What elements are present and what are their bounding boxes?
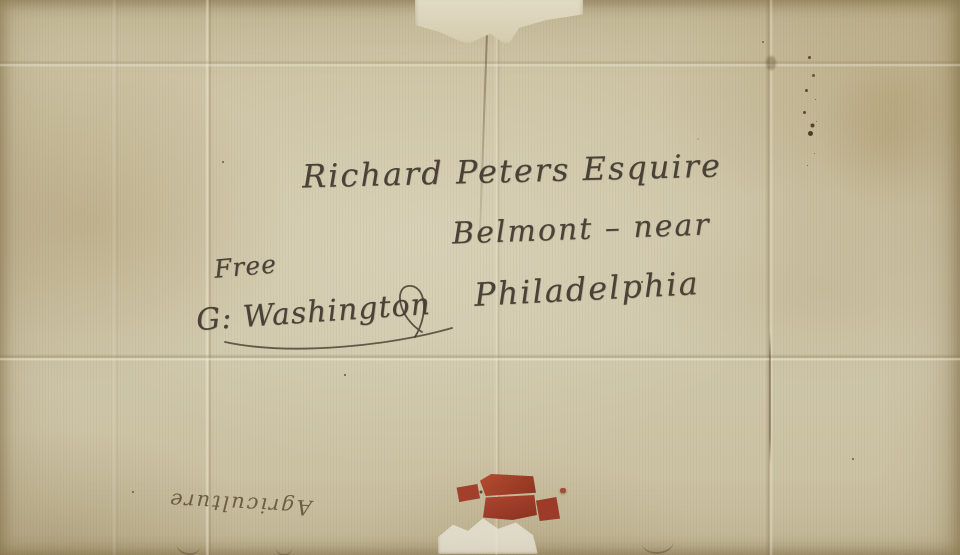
docket-note-inverted: Agriculture bbox=[167, 488, 312, 519]
wax-seal-fragment bbox=[483, 495, 537, 520]
washington-signature: G: Washington bbox=[195, 287, 432, 338]
frank-free-label: Free bbox=[213, 249, 278, 283]
fold-intersection-mark bbox=[766, 56, 776, 70]
fold-horizontal-middle bbox=[0, 354, 960, 361]
wax-seal-fragment bbox=[480, 474, 536, 496]
fold-vertical-right bbox=[766, 0, 773, 555]
wax-seal-remnant bbox=[450, 470, 572, 525]
fold-horizontal-top bbox=[0, 60, 960, 67]
dust-specks bbox=[222, 161, 224, 163]
ink-speck-trail bbox=[808, 56, 811, 59]
fold-vertical-left bbox=[205, 0, 212, 555]
partial-writing-stroke bbox=[642, 541, 675, 555]
wax-seal-fragment bbox=[454, 484, 480, 502]
scanned-letter-image: Richard Peters Esquire Belmont – near Ph… bbox=[0, 0, 960, 555]
paper-crack-top-center bbox=[479, 4, 489, 232]
paper-crack-right-lower bbox=[769, 332, 771, 464]
ink-showthrough-smudge bbox=[820, 60, 950, 210]
wax-seal-fragment bbox=[560, 488, 566, 493]
paper-sheet: Richard Peters Esquire Belmont – near Ph… bbox=[0, 0, 960, 555]
address-line-place: Belmont – near bbox=[451, 207, 711, 251]
partial-writing-stroke bbox=[175, 543, 200, 555]
address-line-recipient: Richard Peters Esquire bbox=[302, 147, 723, 196]
crease-vertical-faint-left bbox=[112, 0, 119, 555]
partial-writing-stroke bbox=[276, 548, 292, 555]
wax-seal-fragment bbox=[536, 497, 560, 521]
address-line-city: Philadelphia bbox=[473, 264, 700, 314]
